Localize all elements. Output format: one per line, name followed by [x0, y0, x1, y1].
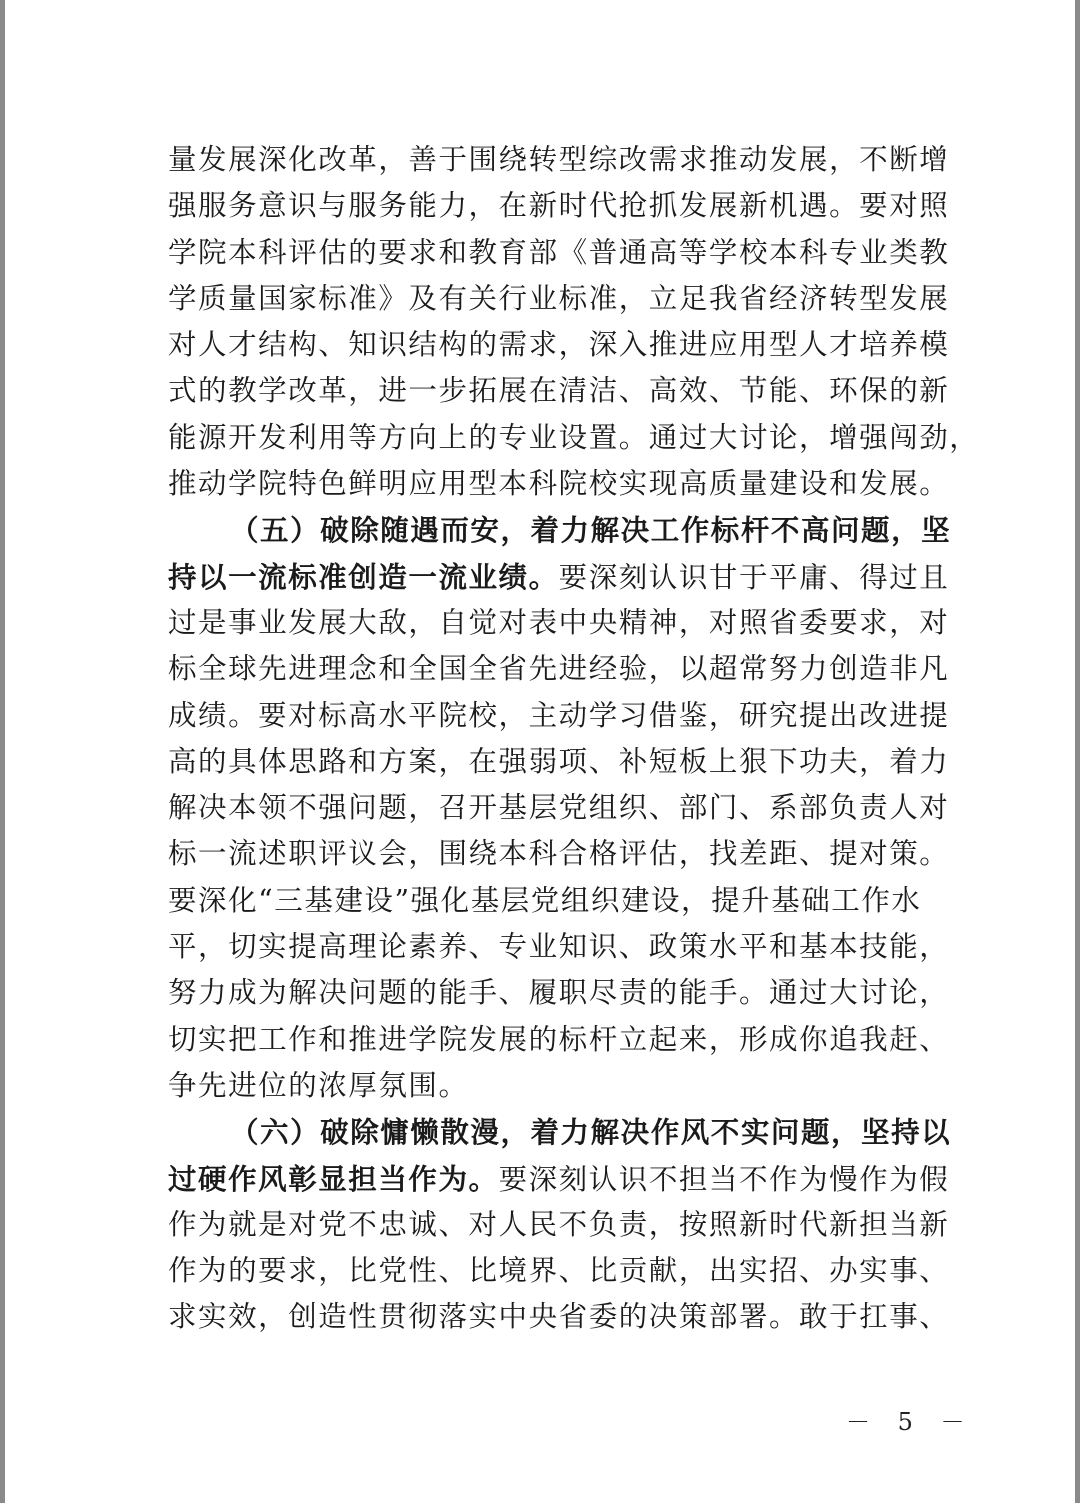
text-line: 对人才结构、知识结构的需求，深入推进应用型人才培养模	[168, 322, 912, 368]
text-line: 量发展深化改革，善于围绕转型综改需求推动发展，不断增	[168, 137, 912, 183]
section-heading: （五）破除随遇而安，着力解决工作标杆不高问题，坚	[168, 507, 912, 553]
text-line: 作为就是对党不忠诚、对人民不负责，按照新时代新担当新	[168, 1202, 912, 1248]
text-line: 要深化“三基建设”强化基层党组织建设，提升基础工作水	[168, 878, 912, 924]
text-line: 强服务意识与服务能力，在新时代抢抓发展新机遇。要对照	[168, 183, 912, 229]
text-line: 标一流述职评议会，围绕本科合格评估，找差距、提对策。	[168, 831, 912, 877]
text-line: 过是事业发展大敌，自觉对表中央精神，对照省委要求，对	[168, 600, 912, 646]
text-line: 解决本领不强问题，召开基层党组织、部门、系部负责人对	[168, 785, 912, 831]
text-line: 推动学院特色鲜明应用型本科院校实现高质量建设和发展。	[168, 461, 912, 507]
section-six: （六）破除慵懒散漫，着力解决作风不实问题，坚持以 过硬作风彰显担当作为。要深刻认…	[168, 1109, 912, 1340]
section-heading-continued: 持以一流标准创造一流业绩。	[168, 560, 559, 594]
text-line: 切实把工作和推进学院发展的标杆立起来，形成你追我赶、	[168, 1017, 912, 1063]
paragraph-continued: 量发展深化改革，善于围绕转型综改需求推动发展，不断增 强服务意识与服务能力，在新…	[168, 137, 912, 507]
text-line: 式的教学改革，进一步拓展在清洁、高效、节能、环保的新	[168, 368, 912, 414]
body-text: 要深刻认识不担当不作为慢作为假	[499, 1163, 950, 1196]
section-five: （五）破除随遇而安，着力解决工作标杆不高问题，坚 持以一流标准创造一流业绩。要深…	[168, 507, 912, 1109]
body-text: 要深刻认识甘于平庸、得过且	[559, 561, 950, 594]
text-line: 标全球先进理念和全国全省先进经验，以超常努力创造非凡	[168, 646, 912, 692]
text-line: 过硬作风彰显担当作为。要深刻认识不担当不作为慢作为假	[168, 1156, 912, 1202]
page-border-right	[1075, 0, 1080, 1503]
document-page: 量发展深化改革，善于围绕转型综改需求推动发展，不断增 强服务意识与服务能力，在新…	[168, 137, 912, 1341]
text-line: 学院本科评估的要求和教育部《普通高等学校本科专业类教	[168, 230, 912, 276]
text-line: 努力成为解决问题的能手、履职尽责的能手。通过大讨论，	[168, 970, 912, 1016]
section-heading-continued: 过硬作风彰显担当作为。	[168, 1162, 499, 1196]
text-line: 学质量国家标准》及有关行业标准，立足我省经济转型发展	[168, 276, 912, 322]
text-line: 求实效，创造性贯彻落实中央省委的决策部署。敢于扛事、	[168, 1294, 912, 1340]
text-line: 作为的要求，比党性、比境界、比贡献，出实招、办实事、	[168, 1248, 912, 1294]
text-line: 持以一流标准创造一流业绩。要深刻认识甘于平庸、得过且	[168, 554, 912, 600]
section-heading: （六）破除慵懒散漫，着力解决作风不实问题，坚持以	[168, 1109, 912, 1155]
text-line: 争先进位的浓厚氛围。	[168, 1063, 912, 1109]
text-line: 成绩。要对标高水平院校，主动学习借鉴，研究提出改进提	[168, 693, 912, 739]
page-border-left	[0, 0, 5, 1503]
text-line: 能源开发利用等方向上的专业设置。通过大讨论，增强闯劲，	[168, 415, 912, 461]
text-line: 高的具体思路和方案，在强弱项、补短板上狠下功夫，着力	[168, 739, 912, 785]
text-line: 平，切实提高理论素养、专业知识、政策水平和基本技能，	[168, 924, 912, 970]
page-number: － 5 －	[846, 1402, 975, 1437]
